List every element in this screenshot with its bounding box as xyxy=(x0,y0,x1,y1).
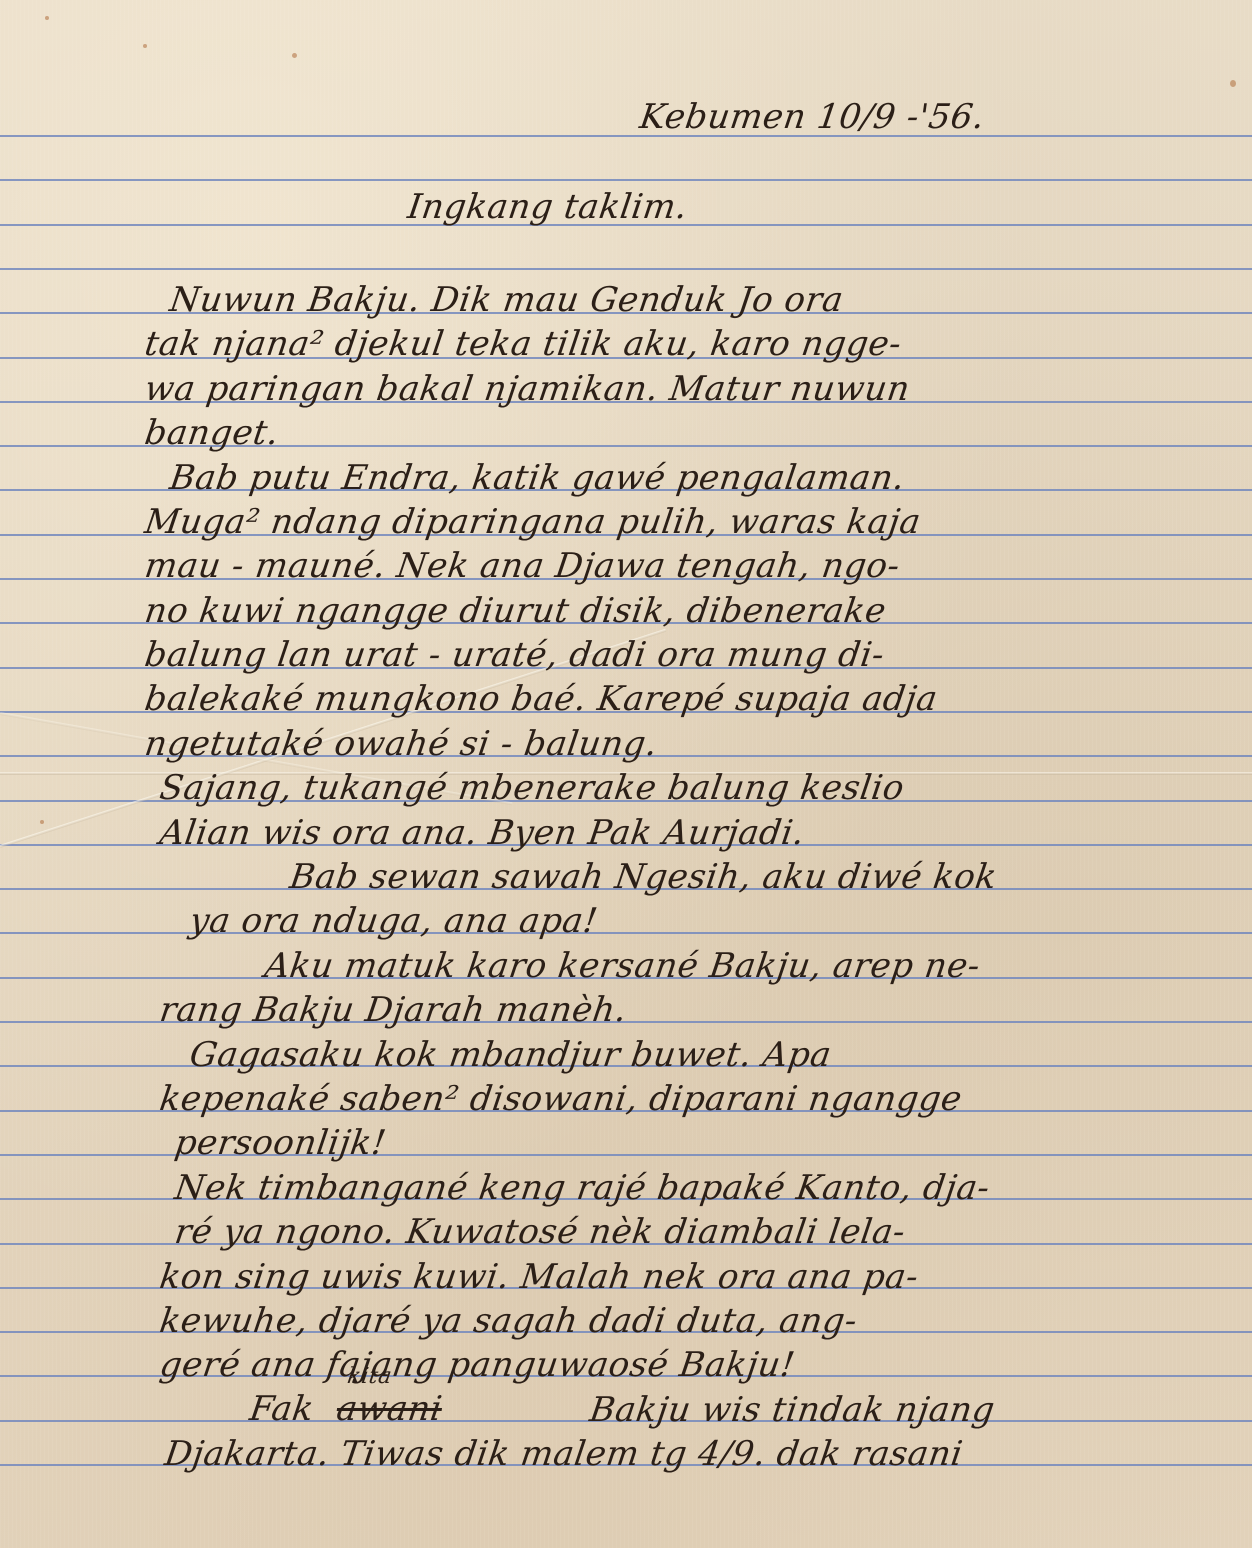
handwritten-line: balung lan urat - uraté, dadi ora mung d… xyxy=(143,638,887,672)
ruled-line xyxy=(0,135,1252,137)
paper-stain xyxy=(45,16,49,20)
handwritten-line: kewuhe, djaré ya sagah dadi duta, ang- xyxy=(158,1304,860,1338)
inserted-word: kita xyxy=(346,1366,393,1388)
struck-word: awani xyxy=(334,1389,445,1429)
paper-stain xyxy=(143,44,147,48)
correction-prefix: Fak xyxy=(247,1389,316,1429)
handwritten-line: Aku matuk karo kersané Bakju, arep ne- xyxy=(263,949,983,983)
handwritten-line: Bab putu Endra, katik gawé pengalaman. xyxy=(168,461,907,495)
letter-paper: Kebumen 10/9 -'56. Ingkang taklim. Nuwun… xyxy=(0,0,1252,1548)
paper-stain xyxy=(292,53,297,58)
ruled-line xyxy=(0,268,1252,270)
handwritten-line: Muga² ndang diparingana pulih, waras kaj… xyxy=(143,505,923,539)
correction-line: Fak kita awani xyxy=(248,1392,445,1426)
handwritten-line: Sajang, tukangé mbenerake balung keslio xyxy=(158,771,907,805)
handwritten-line: geré ana fajang panguwaosé Bakju! xyxy=(158,1348,798,1382)
handwritten-line: mau - mauné. Nek ana Djawa tengah, ngo- xyxy=(143,549,902,583)
handwritten-line: Bab sewan sawah Ngesih, aku diwé kok xyxy=(288,860,999,894)
handwritten-line: Gagasaku kok mbandjur buwet. Apa xyxy=(188,1038,834,1072)
handwritten-line: balekaké mungkono baé. Karepé supaja adj… xyxy=(143,682,940,716)
handwritten-line: persoonlijk! xyxy=(173,1126,389,1160)
ruled-line xyxy=(0,179,1252,181)
handwritten-line: Djakarta. Tiwas dik malem tg 4/9. dak ra… xyxy=(163,1437,965,1471)
handwritten-line: wa paringan bakal njamikan. Matur nuwun xyxy=(143,372,912,406)
handwritten-line: kon sing uwis kuwi. Malah nek ora ana pa… xyxy=(158,1260,921,1294)
handwritten-line: Alian wis ora ana. Byen Pak Aurjadi. xyxy=(158,816,807,850)
handwritten-line: ré ya ngono. Kuwatosé nèk diambali lela- xyxy=(173,1215,908,1249)
handwritten-line: Nuwun Bakju. Dik mau Genduk Jo ora xyxy=(168,283,846,317)
handwritten-line: no kuwi ngangge diurut disik, dibenerake xyxy=(143,594,889,628)
handwritten-line: kepenaké saben² disowani, diparani ngang… xyxy=(158,1082,965,1116)
handwritten-line: rang Bakju Djarah manèh. xyxy=(158,993,629,1027)
handwritten-line: Bakju wis tindak njang xyxy=(588,1393,997,1427)
paper-stain xyxy=(1230,80,1236,87)
handwritten-line: ngetutaké owahé si - balung. xyxy=(143,727,660,761)
handwritten-line: Nek timbangané keng rajé bapaké Kanto, d… xyxy=(173,1171,992,1205)
salutation: Ingkang taklim. xyxy=(406,190,690,224)
handwritten-line: tak njana² djekul teka tilik aku, karo n… xyxy=(143,327,904,361)
paper-stain xyxy=(40,820,44,824)
place-date: Kebumen 10/9 -'56. xyxy=(638,100,987,134)
handwritten-line: banget. xyxy=(143,416,282,450)
handwritten-line: ya ora nduga, ana apa! xyxy=(188,904,600,938)
